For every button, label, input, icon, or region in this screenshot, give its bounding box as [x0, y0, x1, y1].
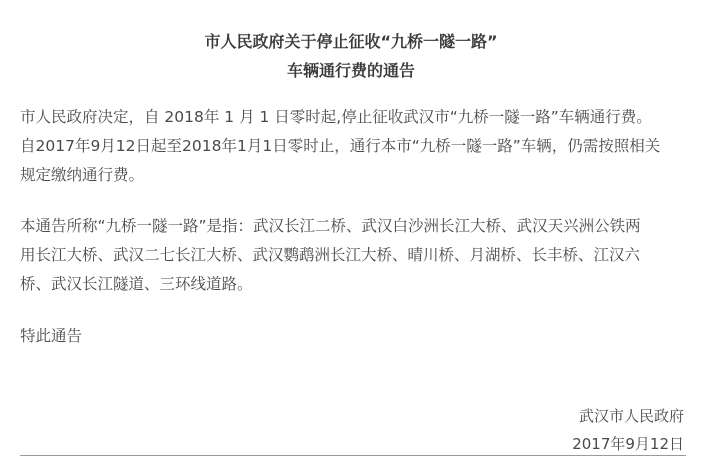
notice-title-line-1: 市人民政府关于停止征收“九桥一隧一路”	[0, 29, 702, 52]
paragraph-line: 桥、武汉长江隧道、三环线道路。	[20, 270, 690, 299]
paragraph-line: 本通告所称“九桥一隧一路”是指：武汉长江二桥、武汉白沙洲长江大桥、武汉天兴洲公铁…	[20, 212, 690, 241]
paragraph-definition: 本通告所称“九桥一隧一路”是指：武汉长江二桥、武汉白沙洲长江大桥、武汉天兴洲公铁…	[20, 212, 690, 299]
paragraph-line: 自2017年9月12日起至2018年1月1日零时止，通行本市“九桥一隧一路”车辆…	[20, 132, 690, 161]
paragraph-line: 用长江大桥、武汉二七长江大桥、武汉鹦鹉洲长江大桥、晴川桥、月湖桥、长丰桥、江汉六	[20, 241, 690, 270]
signature-date: 2017年9月12日	[572, 433, 684, 454]
closing-statement: 特此通告	[20, 322, 690, 351]
signature-organization: 武汉市人民政府	[579, 405, 684, 426]
paragraph-decision: 市人民政府决定，自 2018年 1 月 1 日零时起,停止征收武汉市“九桥一隧一…	[20, 103, 690, 190]
paragraph-line: 市人民政府决定，自 2018年 1 月 1 日零时起,停止征收武汉市“九桥一隧一…	[20, 103, 690, 132]
bottom-divider	[20, 455, 686, 456]
paragraph-line: 规定缴纳通行费。	[20, 161, 690, 190]
notice-title-line-2: 车辆通行费的通告	[0, 58, 702, 81]
